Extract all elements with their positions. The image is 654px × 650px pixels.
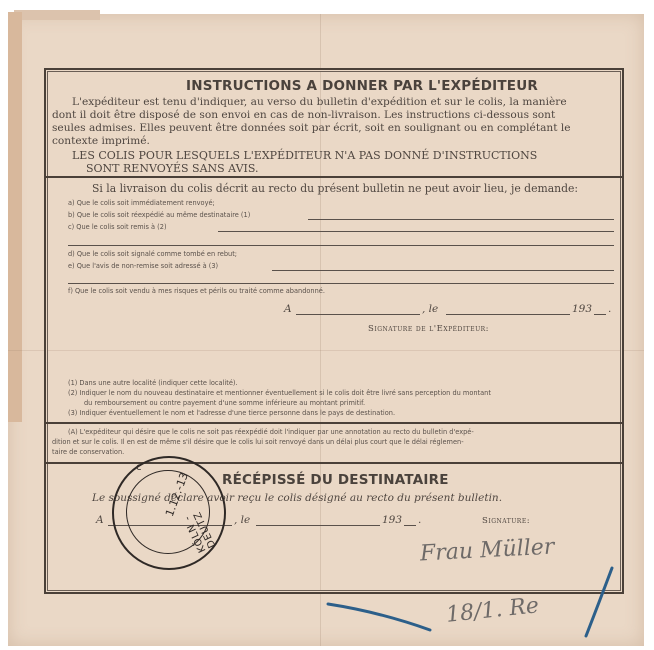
blue-pencil-slash-icon xyxy=(586,568,612,636)
blue-pencil-stroke-icon xyxy=(328,604,430,630)
blue-pencil-marks xyxy=(0,0,654,650)
